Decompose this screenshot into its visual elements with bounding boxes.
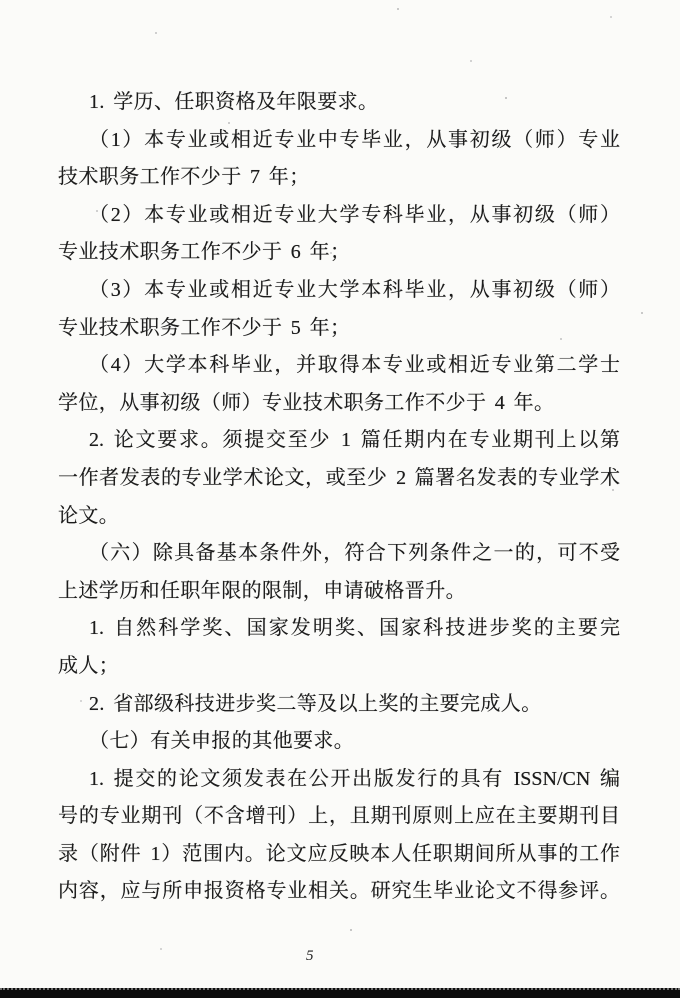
text-line: 上述学历和任职年限的限制，申请破格晋升。	[58, 573, 620, 611]
text-line: 2. 省部级科技进步奖二等及以上奖的主要完成人。	[58, 686, 620, 724]
text-line: 学位，从事初级（师）专业技术职务工作不少于 4 年。	[58, 385, 620, 423]
text-line: 成人；	[58, 648, 620, 686]
text-line: 内容，应与所申报资格专业相关。研究生毕业论文不得参评。	[58, 873, 620, 911]
text-line: （六）除具备基本条件外，符合下列条件之一的，可不受	[58, 535, 620, 573]
text-line: 录（附件 1）范围内。论文应反映本人任职期间所从事的工作	[58, 836, 620, 874]
text-line: 号的专业期刊（不含增刊）上，且期刊原则上应在主要期刊目	[58, 798, 620, 836]
text-line: （3）本专业或相近专业大学本科毕业，从事初级（师）	[58, 272, 620, 310]
text-line: （2）本专业或相近专业大学专科毕业，从事初级（师）	[58, 197, 620, 235]
text-line: 2. 论文要求。须提交至少 1 篇任期内在专业期刊上以第	[58, 422, 620, 460]
scan-bottom-edge-bar	[0, 988, 680, 998]
text-line: 1. 学历、任职资格及年限要求。	[58, 84, 620, 122]
text-line: 一作者发表的专业学术论文，或至少 2 篇署名发表的专业学术	[58, 460, 620, 498]
scan-noise-speckles	[0, 0, 2, 2]
text-line: （1）本专业或相近专业中专毕业，从事初级（师）专业	[58, 122, 620, 160]
text-line: 1. 提交的论文须发表在公开出版发行的具有 ISSN/CN 编	[58, 761, 620, 799]
text-line: 论文。	[58, 498, 620, 536]
text-line: 1. 自然科学奖、国家发明奖、国家科技进步奖的主要完	[58, 610, 620, 648]
page-number: 5	[306, 948, 336, 965]
text-line: （4）大学本科毕业，并取得本专业或相近专业第二学士	[58, 347, 620, 385]
text-line: （七）有关申报的其他要求。	[58, 723, 620, 761]
text-line: 技术职务工作不少于 7 年；	[58, 159, 620, 197]
text-column: 1. 学历、任职资格及年限要求。（1）本专业或相近专业中专毕业，从事初级（师）专…	[58, 84, 620, 911]
text-line: 专业技术职务工作不少于 5 年；	[58, 310, 620, 348]
scanned-page: 1. 学历、任职资格及年限要求。（1）本专业或相近专业中专毕业，从事初级（师）专…	[0, 0, 680, 998]
text-line: 专业技术职务工作不少于 6 年；	[58, 234, 620, 272]
